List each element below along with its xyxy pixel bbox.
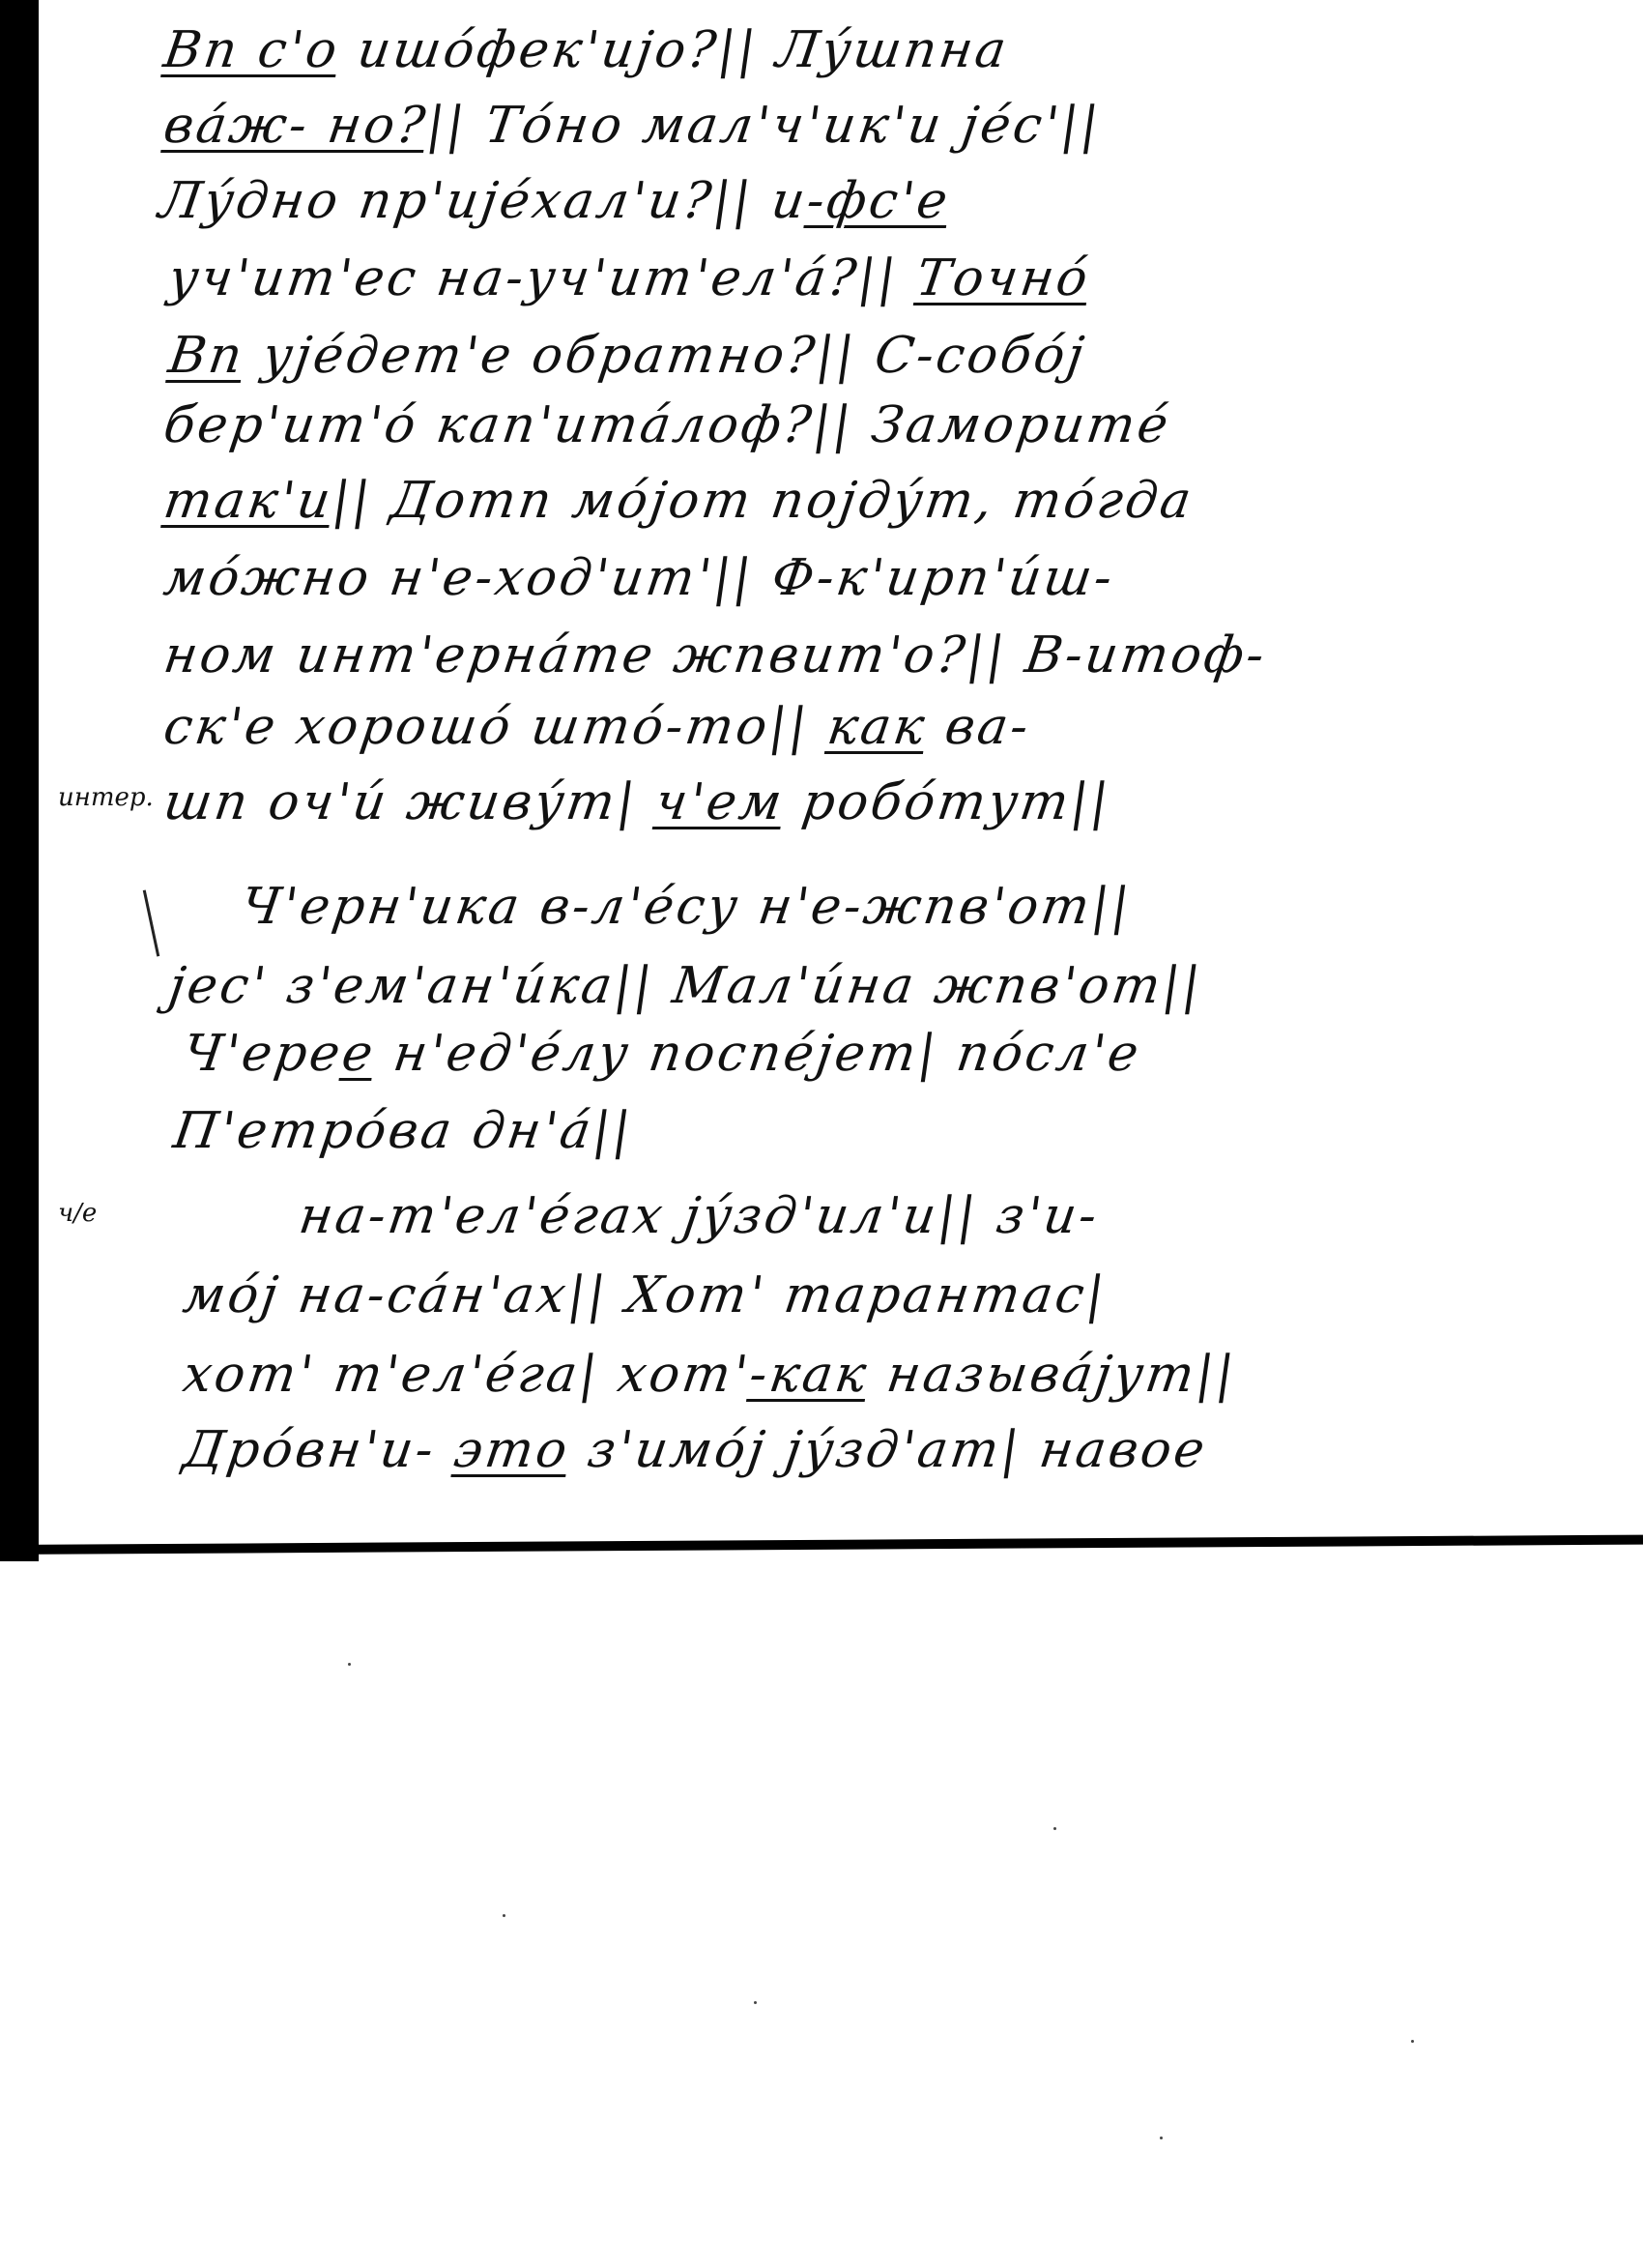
margin-note: ч/е [58,1199,97,1228]
scan-speck [503,1914,505,1917]
underlined-word: Вп с'о [160,21,343,79]
line-text: || То́но мал'ч'ик'и је́с'|| [423,97,1105,155]
line-text: на-т'ел'е́гах ју́зд'ил'и|| з'и- [296,1187,1104,1245]
underlined-word: так'и [160,472,337,530]
line-text: хот' т'ел'е́га| хот' [180,1346,754,1404]
line-text: ујéдет'е обратно?|| С-собо́ј [240,327,1089,385]
text-line: Ч'ерее н'ед'е́лу поспе́јет| по́сл'е [180,1025,1145,1083]
underlined-word: ч'ем [651,773,788,831]
line-text: уч'ит'ес на-уч'ит'ел'а́?|| [165,249,921,307]
text-line: јес' з'ем'ан'и́ка|| Мал'и́на жпв'от|| [165,957,1207,1015]
underlined-word: -фс'е [803,172,954,230]
line-text: называ́јут|| [864,1346,1240,1404]
line-text: бер'ит'о́ кап'ита́лоф?|| Заморите́ [160,396,1174,454]
scan-speck [754,2001,757,2004]
line-text: робо́тут|| [780,773,1114,831]
line-text: ишо́фек'ијо?|| Лу́шпна [335,21,1013,79]
scan-speck [1411,2040,1414,2043]
text-line: П'етро́ва дн'а́|| [170,1102,637,1160]
scan-speck [1053,1827,1056,1830]
handwritten-page: Вп с'о ишо́фек'ијо?|| Лу́шпна ва́ж- но?|… [39,0,1643,1547]
line-text: мо́ј на-са́н'ах|| Хот' тарантас| [180,1266,1110,1324]
line-text: ва- [923,698,1035,756]
text-line: Дро́вн'и- это з'имо́ј ју́зд'ат| навое [180,1421,1211,1479]
line-text: з'имо́ј ју́зд'ат| навое [565,1421,1211,1479]
line-text: Лу́дно пр'ијéхал'и?|| и [156,172,812,230]
text-line: шп оч'и́ живу́т| ч'ем робо́тут|| [160,773,1115,831]
underlined-word: как [824,698,932,756]
line-text: шп оч'и́ живу́т| [160,773,660,831]
line-text: ск'е хорошо́ што́-то|| [160,698,832,756]
scan-speck [348,1663,351,1666]
text-line: Ч'ерн'ика в-л'е́су н'е-жпв'от|| [238,878,1136,936]
scan-border-left [0,0,39,1561]
margin-note: интер. [58,783,154,812]
line-text: н'ед'е́лу поспе́јет| по́сл'е [371,1025,1145,1083]
line-text: јес' з'ем'ан'и́ка|| Мал'и́на жпв'от|| [165,957,1207,1015]
line-text: мо́жно н'е-ход'ит'|| Ф-к'ирп'и́ш- [160,549,1118,607]
underlined-word: Точно́ [912,249,1093,307]
line-text: Ч'ерн'ика в-л'е́су н'е-жпв'от|| [238,878,1136,936]
underlined-word: Вп [165,327,248,385]
underlined-word: это [450,1421,573,1479]
text-line: уч'ит'ес на-уч'ит'ел'а́?|| Точно́ [165,249,1094,307]
text-line: Лу́дно пр'ијéхал'и?|| и-фс'е [156,172,954,230]
line-text: Дро́вн'и- [180,1421,459,1479]
line-text: ном инт'ерна́те жпвит'о?|| В-итоф- [160,626,1271,684]
margin-tick-mark [143,889,159,956]
underlined-word: -как [746,1346,873,1404]
line-text: || Дотп мо́јот појду́т, то́гда [329,472,1197,530]
line-text: Ч'ере [180,1025,347,1083]
text-line: ва́ж- но?|| То́но мал'ч'ик'и је́с'|| [160,97,1105,155]
text-line: ном инт'ерна́те жпвит'о?|| В-итоф- [160,626,1271,684]
text-line: мо́ј на-са́н'ах|| Хот' тарантас| [180,1266,1110,1324]
line-text: П'етро́ва дн'а́|| [170,1102,637,1160]
text-line: так'и|| Дотп мо́јот појду́т, то́гда [160,472,1197,530]
text-line: хот' т'ел'е́га| хот'-как называ́јут|| [180,1346,1240,1404]
text-line: мо́жно н'е-ход'ит'|| Ф-к'ирп'и́ш- [160,549,1118,607]
text-line: ск'е хорошо́ што́-то|| как ва- [160,698,1035,756]
text-line: на-т'ел'е́гах ју́зд'ил'и|| з'и- [296,1187,1104,1245]
scan-speck [1160,2137,1163,2139]
text-line: Вп ујéдет'е обратно?|| С-собо́ј [165,327,1090,385]
text-line: Вп с'о ишо́фек'ијо?|| Лу́шпна [160,21,1013,79]
underlined-word: ва́ж- но? [160,97,431,155]
text-line: бер'ит'о́ кап'ита́лоф?|| Заморите́ [160,396,1174,454]
